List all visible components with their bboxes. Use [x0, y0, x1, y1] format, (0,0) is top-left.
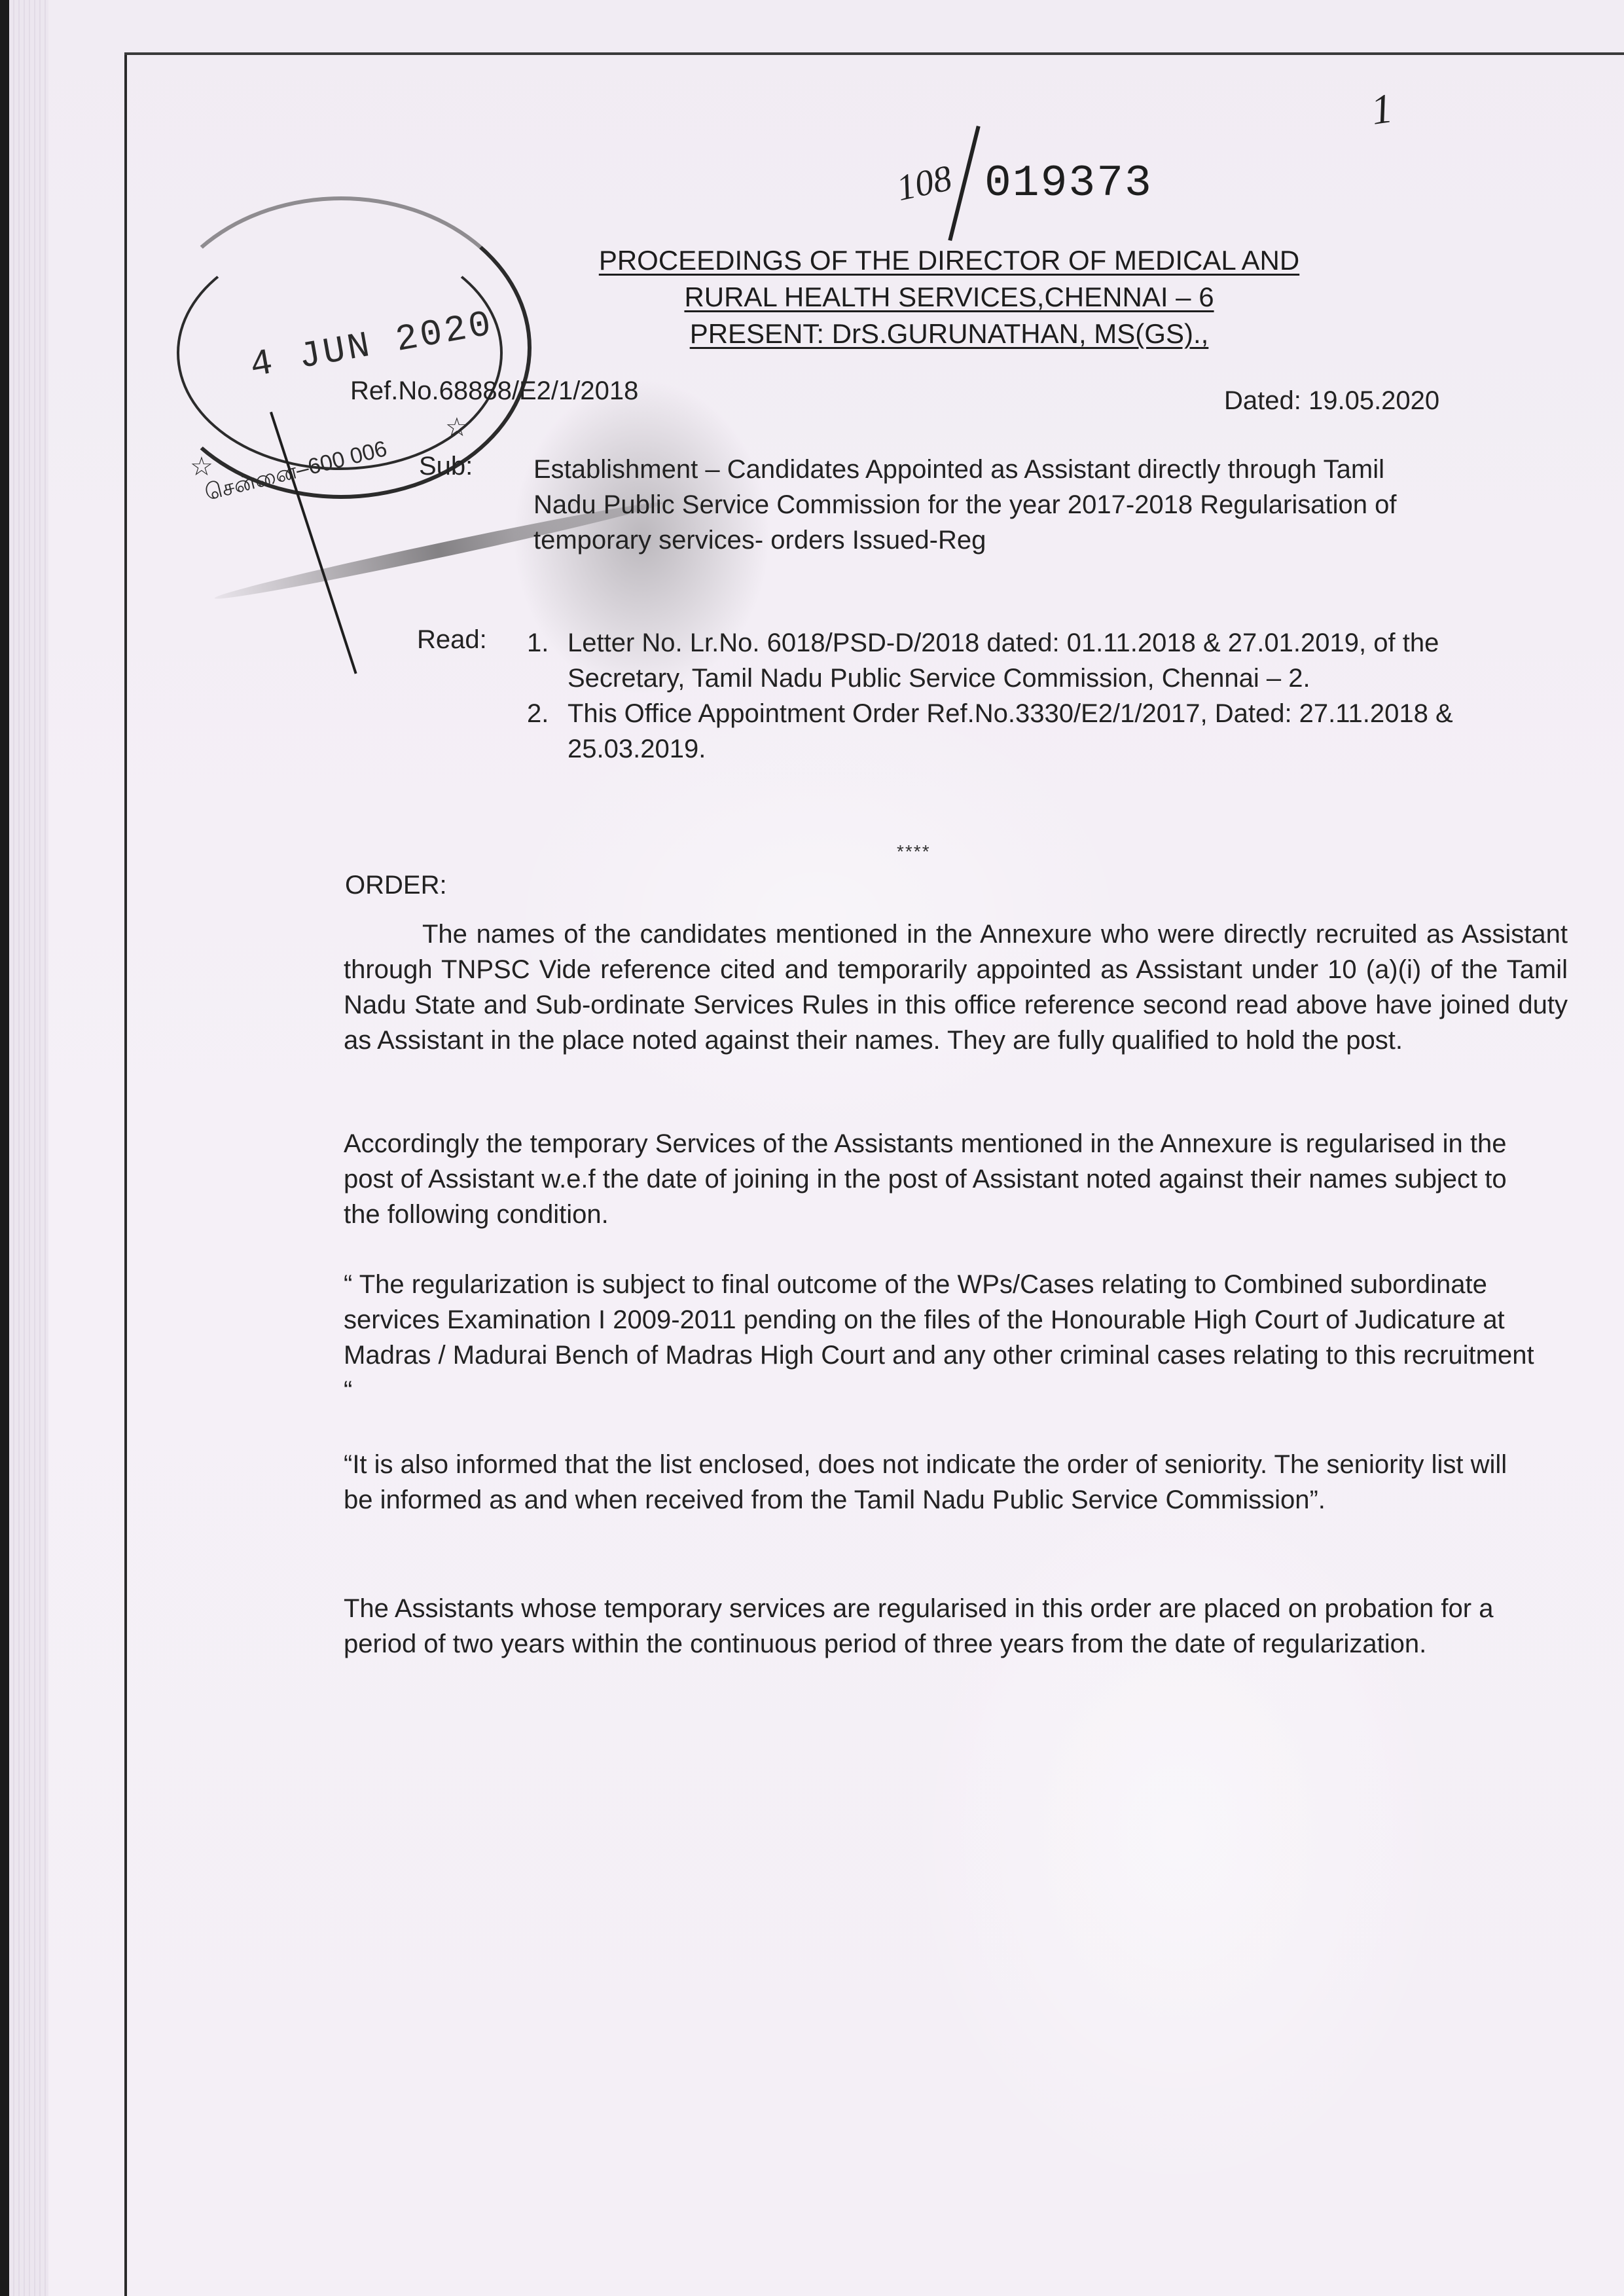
document-heading: PROCEEDINGS OF THE DIRECTOR OF MEDICAL A… [524, 242, 1375, 352]
order-paragraph-3: “ The regularization is subject to final… [344, 1267, 1548, 1408]
reference-item: 2. This Office Appointment Order Ref.No.… [527, 696, 1535, 767]
order-paragraph-5: The Assistants whose temporary services … [344, 1591, 1522, 1662]
reference-number: Ref.No.68888/E2/1/2018 [350, 376, 638, 406]
page-stack-edge [9, 0, 48, 2296]
read-references: 1. Letter No. Lr.No. 6018/PSD-D/2018 dat… [527, 625, 1535, 767]
reference-item: 1. Letter No. Lr.No. 6018/PSD-D/2018 dat… [527, 625, 1535, 696]
heading-line-1: PROCEEDINGS OF THE DIRECTOR OF MEDICAL A… [599, 245, 1299, 276]
reference-number-label: 2. [527, 696, 568, 767]
document-date: Dated: 19.05.2020 [1224, 386, 1439, 416]
order-paragraph-2: Accordingly the temporary Services of th… [344, 1126, 1542, 1232]
order-paragraph-1: The names of the candidates mentioned in… [344, 917, 1568, 1058]
subject-text: Establishment – Candidates Appointed as … [533, 452, 1404, 558]
received-date-stamp: 4 JUN 2020 சென்னை–600 006 ☆ ☆ [151, 196, 537, 504]
reference-text: This Office Appointment Order Ref.No.333… [568, 696, 1535, 767]
inward-prefix-handwritten: 108 [893, 157, 955, 210]
subject-label: Sub: [419, 452, 473, 481]
read-label: Read: [417, 625, 487, 655]
border-line-top [124, 52, 1624, 55]
section-separator: **** [897, 841, 931, 862]
star-icon: ☆ [190, 452, 213, 482]
slash-mark [948, 126, 980, 241]
star-icon: ☆ [445, 412, 469, 443]
border-line-left [124, 52, 127, 2296]
scan-edge [0, 0, 9, 2296]
inward-number: 108 019373 [897, 124, 1153, 242]
reference-text: Letter No. Lr.No. 6018/PSD-D/2018 dated:… [568, 625, 1535, 696]
order-paragraph-4: “It is also informed that the list enclo… [344, 1447, 1535, 1518]
inward-serial-stamp: 019373 [984, 158, 1153, 209]
heading-line-3: PRESENT: DrS.GURUNATHAN, MS(GS)., [690, 318, 1209, 349]
order-heading: ORDER: [345, 871, 447, 900]
reference-number-label: 1. [527, 625, 568, 696]
heading-line-2: RURAL HEALTH SERVICES,CHENNAI – 6 [684, 282, 1214, 312]
